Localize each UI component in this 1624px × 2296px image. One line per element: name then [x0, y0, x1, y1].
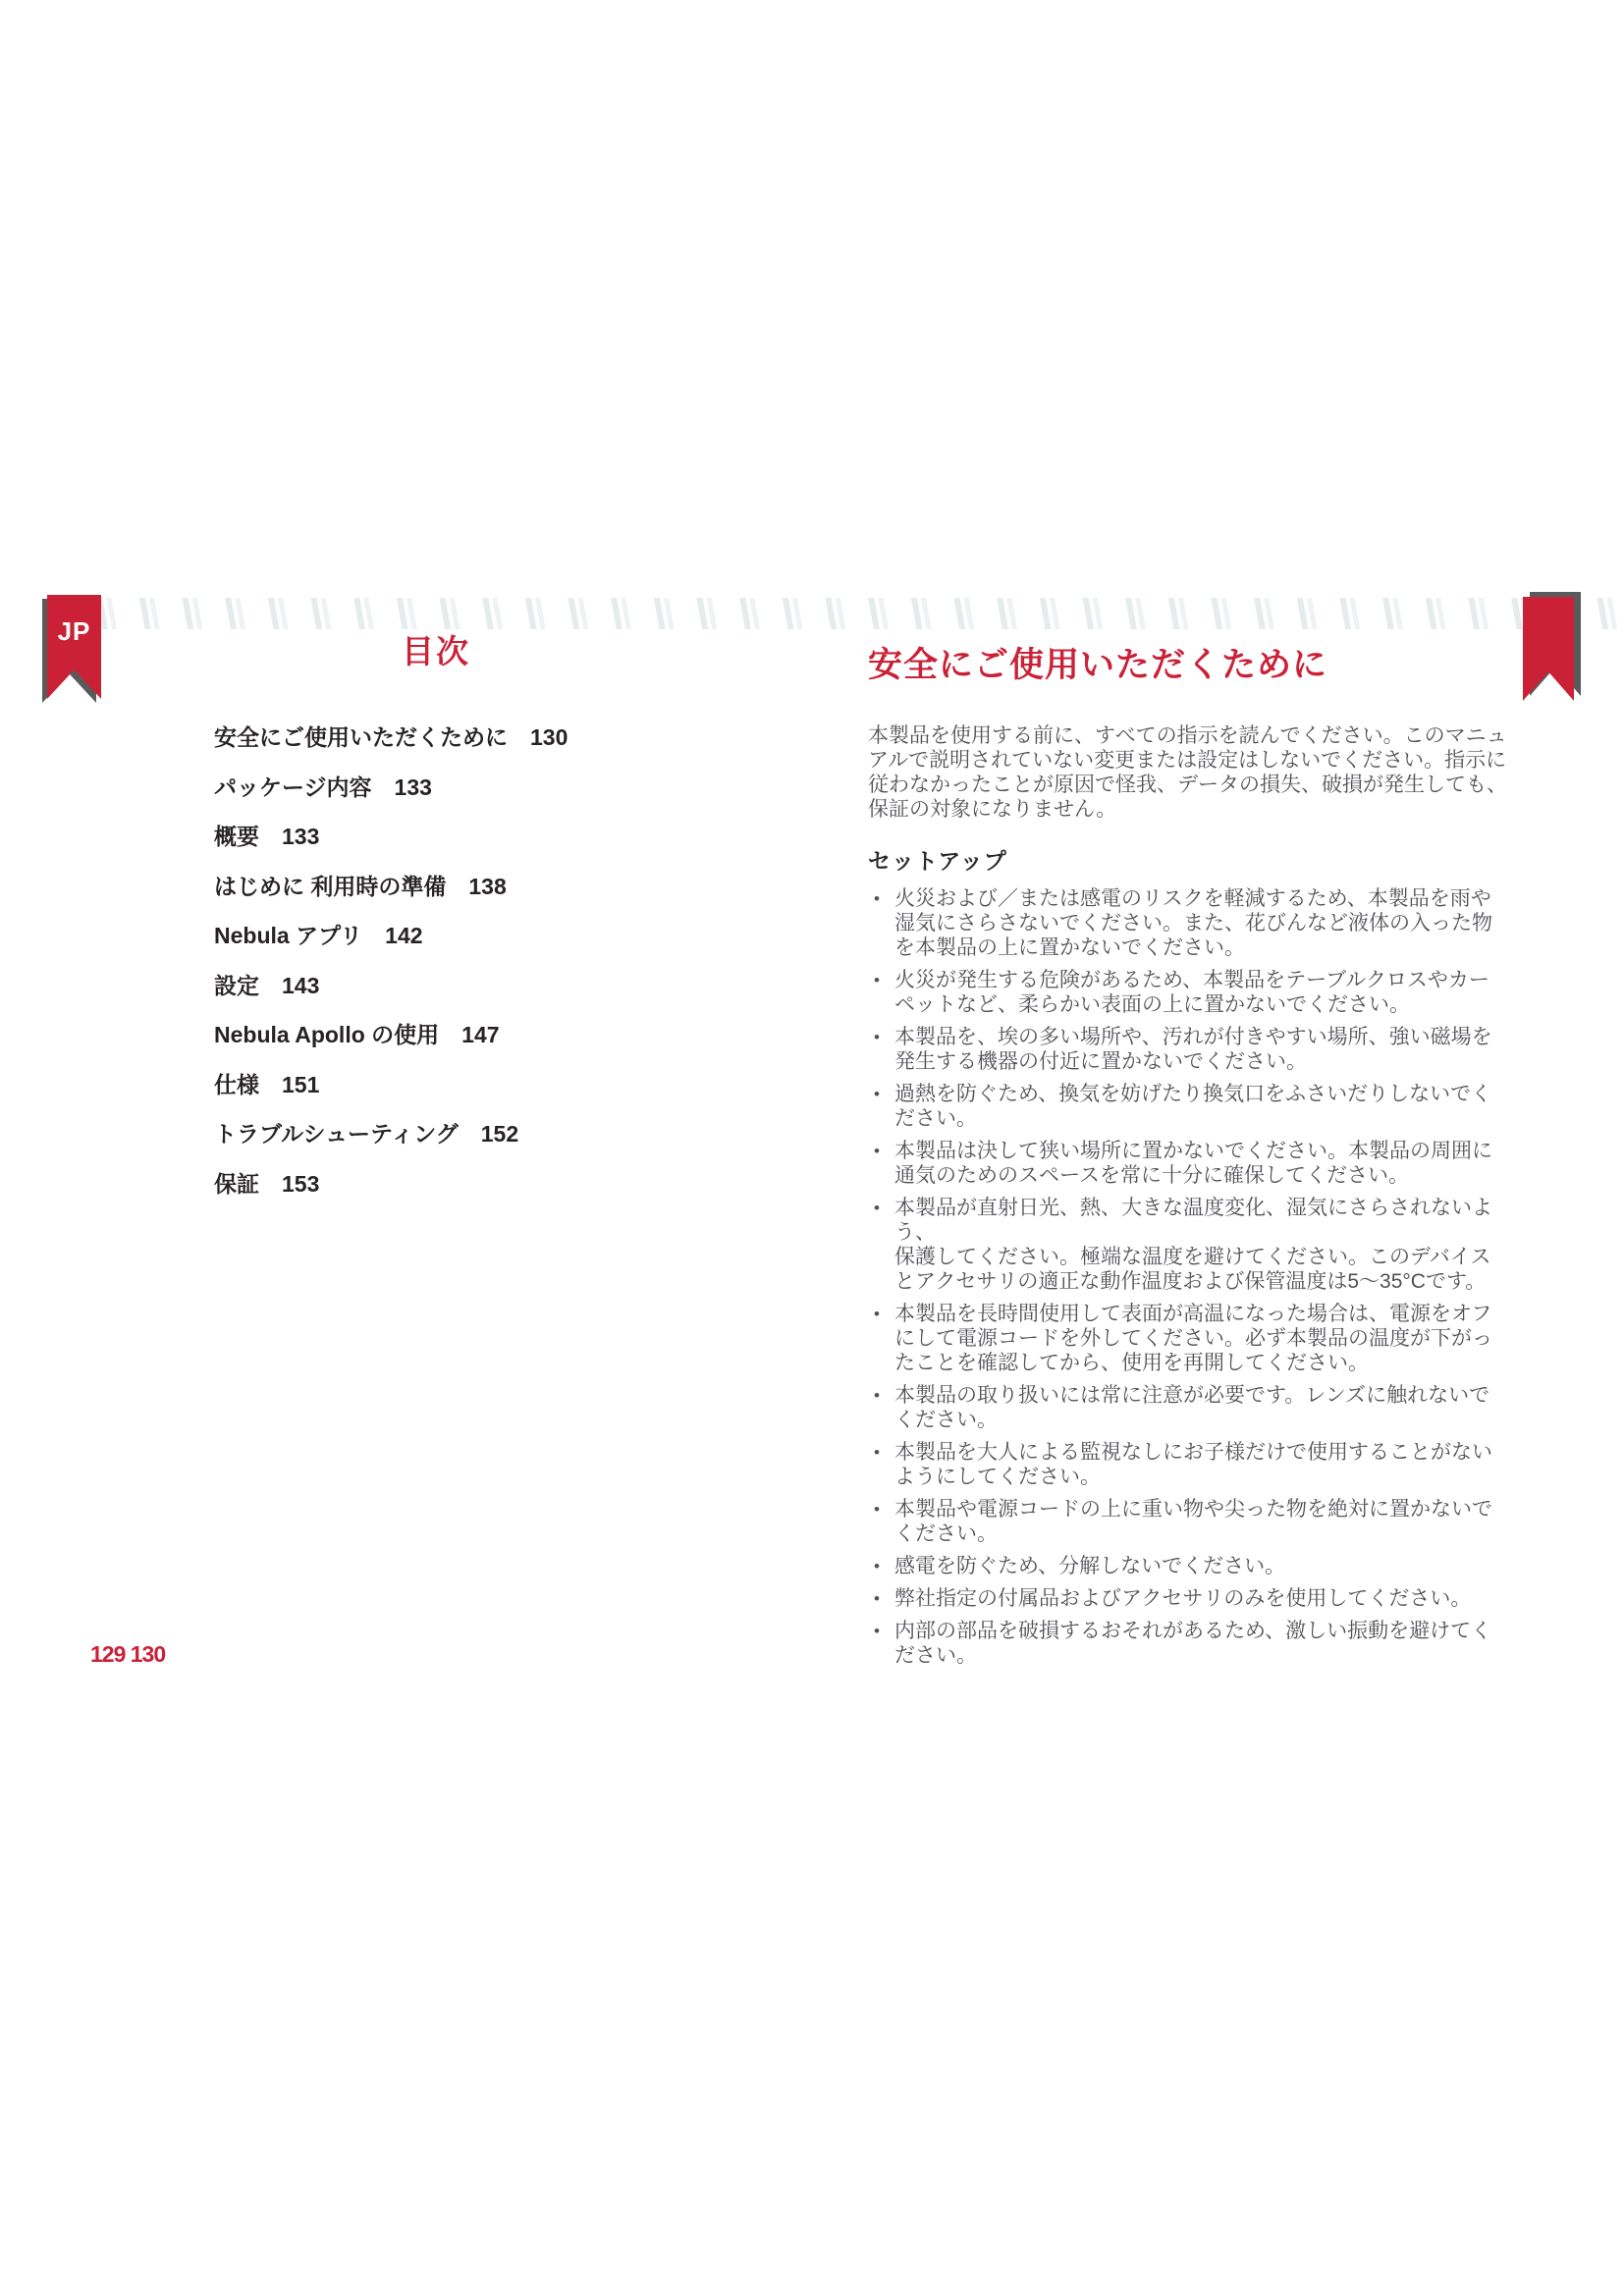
- toc-item: 安全にご使用いただくために130: [214, 726, 676, 750]
- safety-bullet-text: 火災が発生する危険があるため、本製品をテーブルクロスやカー ペットなど、柔らかい…: [894, 969, 1489, 1016]
- safety-bullet-text: 本製品や電源コードの上に重い物や尖った物を絶対に置かないで ください。: [894, 1498, 1492, 1545]
- toc-item-label: はじめに 利用時の準備: [214, 874, 446, 899]
- watermark-band: [49, 598, 1624, 629]
- toc-item-page: 152: [481, 1121, 518, 1147]
- safety-bullet-text: 火災および／または感電のリスクを軽減するため、本製品を雨や 湿気にさらさないでく…: [894, 887, 1492, 959]
- safety-bullet: 内部の部品を破損するおそれがあるため、激しい振動を避けてく ださい。: [868, 1619, 1532, 1668]
- manual-page-spread: JP 目次 安全にご使用いただくために130 パッケージ内容133 概要133 …: [0, 0, 1624, 2296]
- toc-item: Nebula Apollo の使用147: [214, 1024, 676, 1047]
- toc-title: 目次: [214, 626, 658, 672]
- safety-bullet-text: 本製品が直射日光、熱、大きな温度変化、湿気にさらされないよう、 保護してください…: [894, 1197, 1492, 1293]
- safety-bullet: 弊社指定の付属品およびアクセサリのみを使用してください。: [868, 1586, 1532, 1611]
- safety-bullet: 火災が発生する危険があるため、本製品をテーブルクロスやカー ペットなど、柔らかい…: [868, 968, 1532, 1017]
- safety-bullet-list: 火災および／または感電のリスクを軽減するため、本製品を雨や 湿気にさらさないでく…: [868, 886, 1532, 1676]
- toc-item-label: 保証: [214, 1171, 259, 1197]
- safety-bullet-text: 本製品の取り扱いには常に注意が必要です。レンズに触れないで ください。: [894, 1384, 1489, 1431]
- safety-bullet-text: 本製品を大人による監視なしにお子様だけで使用することがない ようにしてください。: [894, 1441, 1492, 1488]
- toc-item-label: 仕様: [214, 1072, 259, 1097]
- safety-bullet: 過熱を防ぐため、換気を妨げたり換気口をふさいだりしないでく ださい。: [868, 1082, 1532, 1131]
- toc-item: Nebula アプリ142: [214, 925, 676, 948]
- safety-bullet: 火災および／または感電のリスクを軽減するため、本製品を雨や 湿気にさらさないでく…: [868, 886, 1532, 960]
- toc-item-label: トラブルシューティング: [214, 1121, 459, 1147]
- toc-item-page: 130: [530, 724, 568, 750]
- toc-item-page: 147: [461, 1022, 499, 1047]
- toc-item: 仕様151: [214, 1074, 676, 1097]
- toc-item-label: Nebula アプリ: [214, 923, 362, 948]
- toc-item-label: Nebula Apollo の使用: [214, 1022, 439, 1047]
- toc-item-page: 133: [282, 824, 319, 849]
- safety-bullet: 本製品が直射日光、熱、大きな温度変化、湿気にさらされないよう、 保護してください…: [868, 1196, 1532, 1294]
- toc-item: 概要133: [214, 826, 676, 849]
- ribbon-face: [47, 595, 101, 699]
- safety-bullet-text: 弊社指定の付属品およびアクセサリのみを使用してください。: [894, 1587, 1471, 1610]
- jp-ribbon-label: JP: [47, 616, 101, 647]
- safety-bullet-text: 本製品を、埃の多い場所や、汚れが付きやすい場所、強い磁場を 発生する機器の付近に…: [894, 1026, 1492, 1073]
- safety-bullet: 感電を防ぐため、分解しないでください。: [868, 1554, 1532, 1578]
- safety-bullet: 本製品や電源コードの上に重い物や尖った物を絶対に置かないで ください。: [868, 1497, 1532, 1546]
- toc-item-page: 143: [282, 973, 319, 998]
- toc-item-label: 概要: [214, 824, 259, 849]
- toc-item-label: 安全にご使用いただくために: [214, 724, 508, 750]
- toc-item-page: 151: [282, 1072, 319, 1097]
- toc-item-label: 設定: [214, 973, 259, 998]
- jp-bookmark-ribbon: JP: [47, 595, 101, 699]
- safety-bullet-text: 内部の部品を破損するおそれがあるため、激しい振動を避けてく ださい。: [894, 1620, 1491, 1667]
- toc-item: パッケージ内容133: [214, 776, 676, 800]
- safety-bullet: 本製品を長時間使用して表面が高温になった場合は、電源をオフ にして電源コードを外…: [868, 1302, 1532, 1375]
- toc-item-page: 133: [395, 774, 432, 800]
- safety-intro-paragraph: 本製品を使用する前に、すべての指示を読んでください。このマニュ アルで説明されて…: [868, 723, 1528, 822]
- setup-heading: セットアップ: [868, 843, 1007, 876]
- safety-bullet-text: 感電を防ぐため、分解しないでください。: [894, 1555, 1285, 1577]
- toc-item-page: 153: [282, 1171, 319, 1197]
- toc-item: 設定143: [214, 975, 676, 998]
- toc-item-label: パッケージ内容: [214, 774, 372, 800]
- safety-bullet-text: 本製品を長時間使用して表面が高温になった場合は、電源をオフ にして電源コードを外…: [894, 1303, 1492, 1374]
- safety-section-title: 安全にご使用いただくために: [868, 638, 1327, 687]
- safety-bullet-text: 本製品は決して狭い場所に置かないでください。本製品の周囲に 通気のためのスペース…: [894, 1140, 1492, 1187]
- toc-item-page: 142: [385, 923, 422, 948]
- page-footer-numbers: 129 130: [90, 1641, 165, 1668]
- safety-bullet: 本製品を大人による監視なしにお子様だけで使用することがない ようにしてください。: [868, 1440, 1532, 1489]
- toc-item: 保証153: [214, 1173, 676, 1197]
- ribbon-face: [1523, 597, 1574, 701]
- safety-bullet: 本製品の取り扱いには常に注意が必要です。レンズに触れないで ください。: [868, 1383, 1532, 1432]
- toc-item: トラブルシューティング152: [214, 1123, 676, 1147]
- bookmark-ribbon-right: [1523, 597, 1574, 701]
- safety-bullet-text: 過熱を防ぐため、換気を妨げたり換気口をふさいだりしないでく ださい。: [894, 1083, 1491, 1130]
- safety-bullet: 本製品を、埃の多い場所や、汚れが付きやすい場所、強い磁場を 発生する機器の付近に…: [868, 1025, 1532, 1074]
- safety-bullet: 本製品は決して狭い場所に置かないでください。本製品の周囲に 通気のためのスペース…: [868, 1139, 1532, 1188]
- toc-item: はじめに 利用時の準備138: [214, 876, 676, 899]
- toc-item-page: 138: [468, 874, 506, 899]
- toc-list: 安全にご使用いただくために130 パッケージ内容133 概要133 はじめに 利…: [214, 726, 676, 1222]
